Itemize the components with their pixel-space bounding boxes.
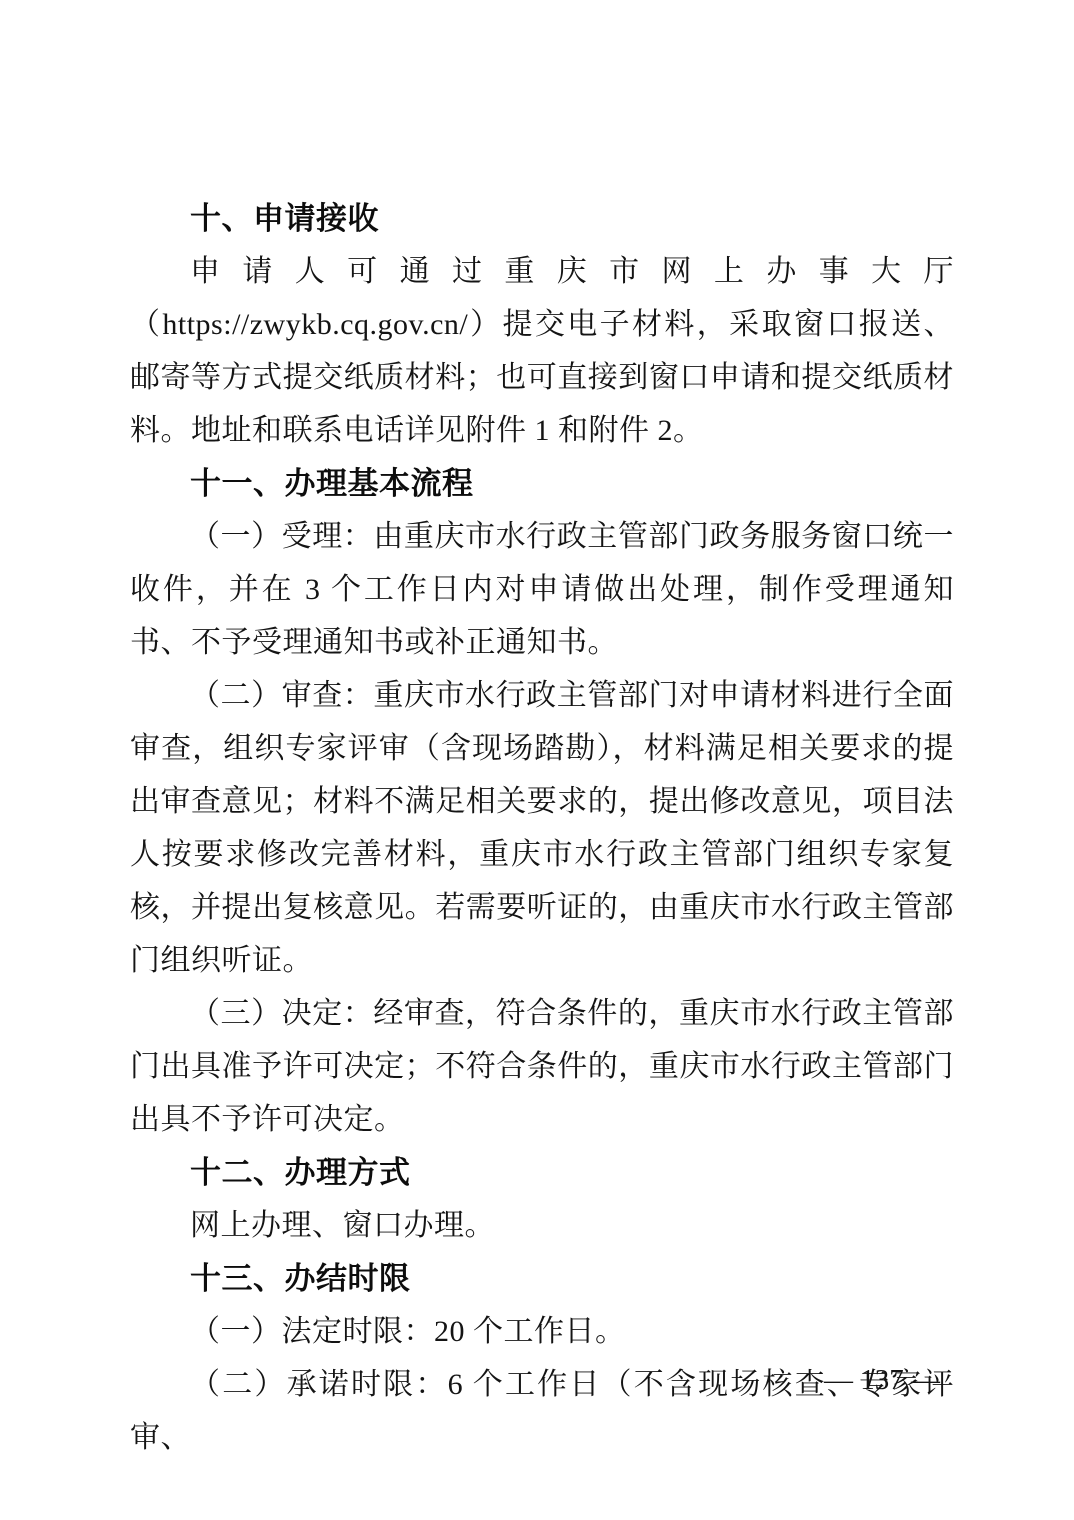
document-page: 十、申请接收 申请人可通过重庆市网上办事大厅（https://zwykb.cq.… xyxy=(0,0,1074,1520)
para-review: （二）审查：重庆市水行政主管部门对申请材料进行全面审查，组织专家评审（含现场踏勘… xyxy=(130,669,954,987)
para-application-receipt: 申请人可通过重庆市网上办事大厅（https://zwykb.cq.gov.cn/… xyxy=(130,245,954,457)
para-statutory-time-limit: （一）法定时限：20 个工作日。 xyxy=(130,1305,954,1358)
para-acceptance: （一）受理：由重庆市水行政主管部门政务服务窗口统一收件，并在 3 个工作日内对申… xyxy=(130,510,954,669)
para-decision: （三）决定：经审查，符合条件的，重庆市水行政主管部门出具准予许可决定；不符合条件… xyxy=(130,987,954,1146)
heading-basic-process: 十一、办理基本流程 xyxy=(130,457,954,510)
heading-application-receipt: 十、申请接收 xyxy=(130,192,954,245)
heading-completion-time-limit: 十三、办结时限 xyxy=(130,1252,954,1305)
page-number: — 137 — xyxy=(824,1363,940,1397)
heading-handling-method: 十二、办理方式 xyxy=(130,1146,954,1199)
document-content: 十、申请接收 申请人可通过重庆市网上办事大厅（https://zwykb.cq.… xyxy=(0,0,1074,1464)
para-handling-method: 网上办理、窗口办理。 xyxy=(130,1199,954,1252)
